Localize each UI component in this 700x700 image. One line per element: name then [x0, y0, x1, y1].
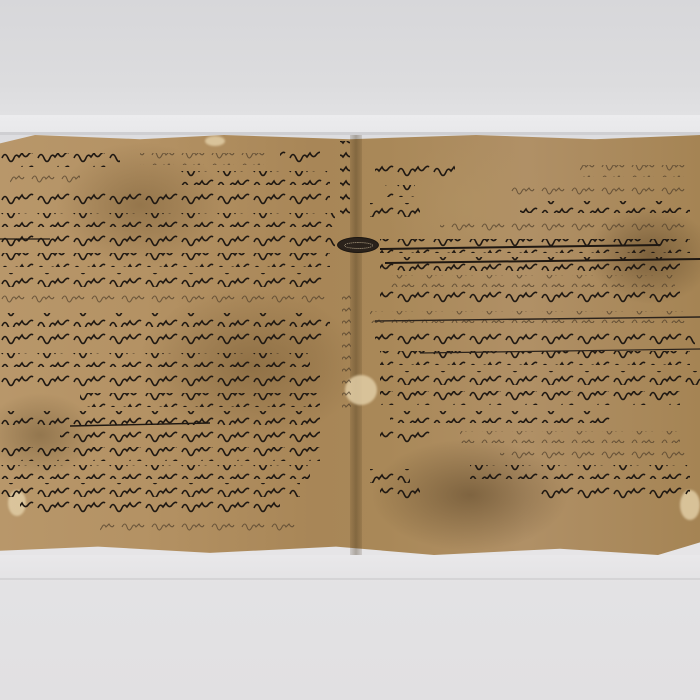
right-column-text	[370, 165, 700, 501]
handwritten-script	[0, 135, 700, 555]
oval-stamp	[337, 237, 379, 253]
mat-edge-top	[0, 115, 700, 133]
marginal-vertical-text	[340, 141, 351, 415]
mat-line-bottom	[0, 578, 700, 580]
mat-top	[0, 0, 700, 120]
mat-bottom	[0, 555, 700, 700]
left-column-text	[0, 149, 335, 533]
